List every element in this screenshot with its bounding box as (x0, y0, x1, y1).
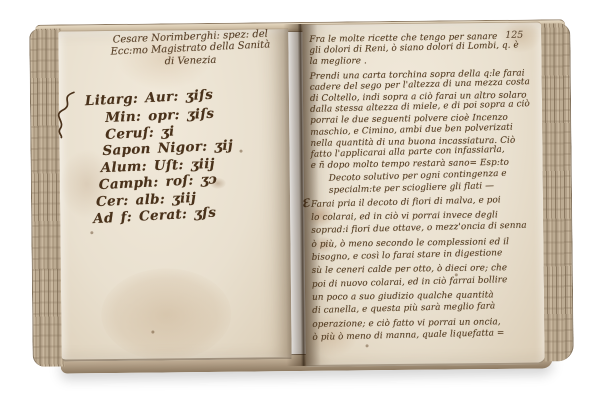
paragraph-margin-mark: Ɛ (301, 196, 312, 210)
remedy-paragraph: Prendi una carta torchina sopra della q:… (310, 69, 539, 172)
right-page: 125 Fra le molte ricette che tengo per s… (302, 21, 545, 366)
recipe-ingredient-list: Litarg: Aur: ʒiſs Min: opr: ʒiſs Ceruſ: … (71, 91, 272, 227)
right-page-text: Fra le molte ricette che tengo per sanar… (309, 33, 540, 345)
left-page: Cesare Norimberghi: spez: del Ecc:mo Mag… (58, 28, 291, 361)
foxing-speck (366, 344, 369, 347)
attribution-header: Cesare Norimberghi: spez: del Ecc:mo Mag… (100, 33, 280, 69)
foxing-speck (90, 231, 93, 234)
decoto-heading: Decoto solutivo per ogni contingenza e s… (329, 172, 539, 197)
decoto-paragraph: Ɛ Farai pria il decoto di fiori di malva… (311, 196, 541, 345)
handwritten-line: la megliore . (310, 55, 538, 69)
photo-background: Cesare Norimberghi: spez: del Ecc:mo Mag… (0, 0, 600, 400)
manuscript-book: Cesare Norimberghi: spez: del Ecc:mo Mag… (29, 19, 573, 373)
damp-stain (101, 268, 232, 361)
foxing-speck (151, 331, 154, 334)
intro-paragraph: Fra le molte ricette che tengo per sanar… (309, 33, 537, 69)
